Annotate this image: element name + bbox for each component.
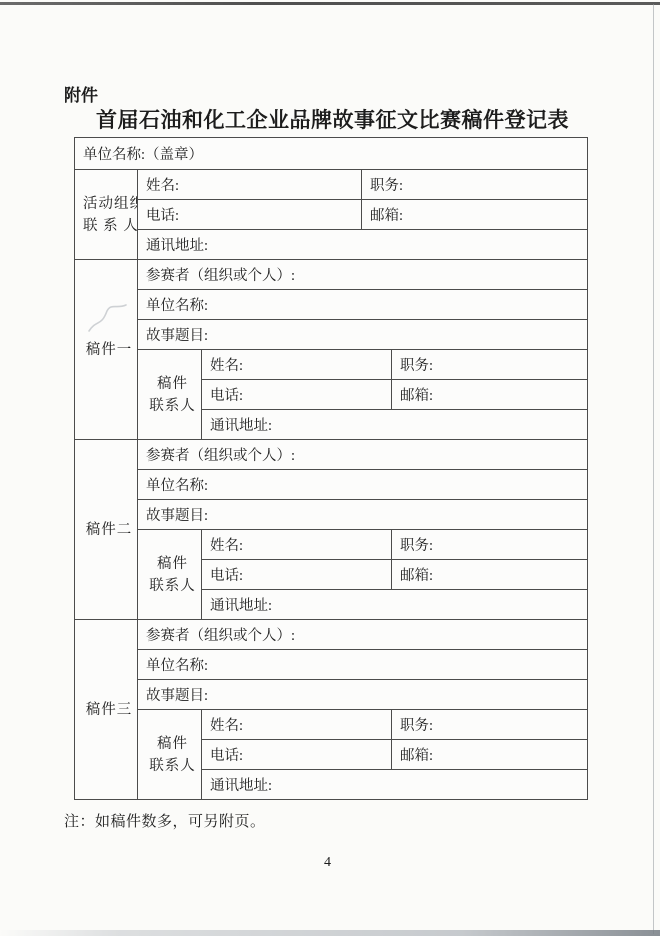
- manuscript-2-story-title-cell: 故事题目:: [138, 500, 588, 530]
- organizer-address-cell: 通讯地址:: [138, 230, 588, 260]
- manuscript-2-address-cell: 通讯地址:: [202, 590, 588, 620]
- organizer-contact-header-line1: 活动组织: [83, 196, 138, 212]
- manuscript-3-email-cell: 邮箱:: [392, 740, 588, 770]
- unit-seal-cell: 单位名称:（盖章）: [75, 138, 588, 170]
- manuscript-3-unit-cell: 单位名称:: [138, 650, 588, 680]
- manuscript-3-contact-header-line1: 稿件: [157, 736, 188, 752]
- pencil-mark-artifact: [86, 300, 130, 336]
- manuscript-3-name-cell: 姓名:: [202, 710, 392, 740]
- footnote: 注：如稿件数多，可另附页。: [64, 810, 591, 831]
- manuscript-3-address-cell: 通讯地址:: [202, 770, 588, 800]
- manuscript-3-contact-header: 稿件 联系人: [138, 710, 202, 800]
- manuscript-1-header: 稿件一: [75, 260, 138, 440]
- manuscript-1-contact-header-line2: 联系人: [149, 398, 196, 414]
- organizer-contact-header: 活动组织 联 系 人: [75, 170, 138, 260]
- manuscript-3-contact-header-line2: 联系人: [149, 758, 196, 774]
- manuscript-2-contact-header: 稿件 联系人: [138, 530, 202, 620]
- attachment-label: 附件: [64, 86, 591, 106]
- organizer-name-cell: 姓名:: [138, 170, 362, 200]
- manuscript-1-participant-cell: 参赛者（组织或个人）:: [138, 260, 588, 290]
- manuscript-3-phone-cell: 电话:: [202, 740, 392, 770]
- manuscript-3-header: 稿件三: [75, 620, 138, 800]
- manuscript-1-contact-header-line1: 稿件: [157, 376, 188, 392]
- manuscript-3-position-cell: 职务:: [392, 710, 588, 740]
- scanned-document-page: 附件 首届石油和化工企业品牌故事征文比赛稿件登记表 单位名称:（盖章） 活动组织…: [64, 86, 591, 871]
- page-number: 4: [64, 855, 591, 871]
- manuscript-2-contact-header-line1: 稿件: [157, 556, 188, 572]
- manuscript-2-contact-header-line2: 联系人: [149, 578, 196, 594]
- manuscript-1-address-cell: 通讯地址:: [202, 410, 588, 440]
- scan-edge-bottom-artifact: [0, 930, 660, 936]
- manuscript-2-position-cell: 职务:: [392, 530, 588, 560]
- organizer-email-cell: 邮箱:: [362, 200, 588, 230]
- manuscript-3-participant-cell: 参赛者（组织或个人）:: [138, 620, 588, 650]
- scan-edge-right-artifact: [653, 4, 654, 934]
- form-title: 首届石油和化工企业品牌故事征文比赛稿件登记表: [74, 109, 591, 132]
- scan-edge-top-artifact: [0, 2, 660, 5]
- manuscript-1-phone-cell: 电话:: [202, 380, 392, 410]
- manuscript-1-story-title-cell: 故事题目:: [138, 320, 588, 350]
- manuscript-1-position-cell: 职务:: [392, 350, 588, 380]
- organizer-position-cell: 职务:: [362, 170, 588, 200]
- manuscript-2-unit-cell: 单位名称:: [138, 470, 588, 500]
- manuscript-1-unit-cell: 单位名称:: [138, 290, 588, 320]
- manuscript-2-email-cell: 邮箱:: [392, 560, 588, 590]
- manuscript-1-contact-header: 稿件 联系人: [138, 350, 202, 440]
- manuscript-3-story-title-cell: 故事题目:: [138, 680, 588, 710]
- organizer-contact-header-line2: 联 系 人: [83, 218, 138, 234]
- manuscript-2-phone-cell: 电话:: [202, 560, 392, 590]
- manuscript-2-name-cell: 姓名:: [202, 530, 392, 560]
- organizer-phone-cell: 电话:: [138, 200, 362, 230]
- manuscript-2-header: 稿件二: [75, 440, 138, 620]
- manuscript-2-participant-cell: 参赛者（组织或个人）:: [138, 440, 588, 470]
- manuscript-1-email-cell: 邮箱:: [392, 380, 588, 410]
- manuscript-1-name-cell: 姓名:: [202, 350, 392, 380]
- registration-table: 单位名称:（盖章） 活动组织 联 系 人 姓名: 职务: 电话: 邮箱: 通讯地…: [74, 137, 588, 800]
